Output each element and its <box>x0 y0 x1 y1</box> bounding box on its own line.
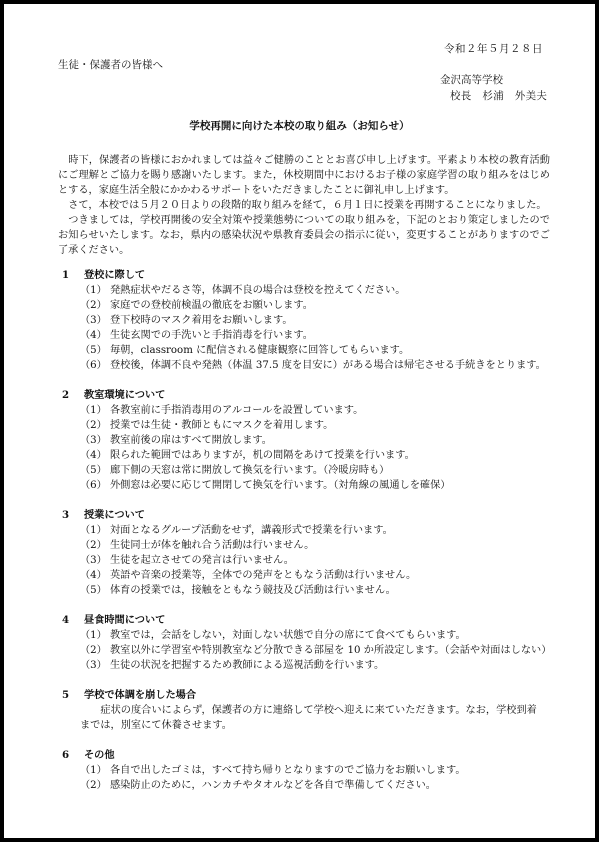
list-item: （3）生徒を起立させての発言は行いません。 <box>80 553 558 568</box>
section-1: 1 登校に際して （1）発熱症状やだるさ等，体調不良の場合は登校を控えてください… <box>58 268 558 373</box>
item-number: （3） <box>80 658 110 673</box>
item-text: 授業では生徒・教師ともにマスクを着用します。 <box>110 418 333 433</box>
greeting: 生徒・保護者の皆様へ <box>58 58 163 73</box>
sections: 1 登校に際して （1）発熱症状やだるさ等，体調不良の場合は登校を控えてください… <box>58 268 558 808</box>
item-number: （6） <box>80 478 110 493</box>
section-title: 昼食時間について <box>84 613 165 628</box>
section-title: 教室環境について <box>84 388 165 403</box>
list-item: （2）生徒同士が体を触れ合う活動は行いません。 <box>80 538 558 553</box>
section-text: 症状の度合いによらず，保護者の方に連絡して学校へ迎えに来ていただきます。なお，学… <box>58 703 558 718</box>
section-heading: 6 その他 <box>58 748 558 763</box>
item-number: （1） <box>80 763 110 778</box>
section-number: 3 <box>58 508 84 523</box>
item-text: 登校後，体調不良や発熱（体温 37.5 度を目安に）がある場合は帰宅させる手続き… <box>110 358 546 373</box>
item-text: 感染防止のために，ハンカチやタオルなどを各自で準備してください。 <box>110 778 436 793</box>
list-item: （5）体育の授業では，接触をともなう競技及び活動は行いません。 <box>80 583 558 598</box>
section-6: 6 その他 （1）各自で出したゴミは，すべて持ち帰りとなりますのでご協力をお願い… <box>58 748 558 793</box>
document-title: 学校再開に向けた本校の取り組み（お知らせ） <box>4 119 595 134</box>
section-5: 5 学校で体調を崩した場合 症状の度合いによらず，保護者の方に連絡して学校へ迎え… <box>58 688 558 733</box>
item-number: （1） <box>80 283 110 298</box>
list-item: （4）生徒玄関での手洗いと手指消毒を行います。 <box>80 328 558 343</box>
item-number: （4） <box>80 568 110 583</box>
item-text: 対面となるグループ活動をせず，講義形式で授業を行います。 <box>110 523 393 538</box>
item-number: （5） <box>80 463 110 478</box>
list-item: （3）生徒の状況を把握するため教師による巡視活動を行います。 <box>80 658 558 673</box>
list-item: （1）各自で出したゴミは，すべて持ち帰りとなりますのでご協力をお願いします。 <box>80 763 558 778</box>
section-title: 授業について <box>84 508 145 523</box>
list-item: （6）登校後，体調不良や発熱（体温 37.5 度を目安に）がある場合は帰宅させる… <box>80 358 558 373</box>
section-title: 登校に際して <box>84 268 145 283</box>
date: 令和２年５月２８日 <box>444 42 543 57</box>
item-text: 発熱症状やだるさ等，体調不良の場合は登校を控えてください。 <box>110 283 405 298</box>
item-number: （5） <box>80 583 110 598</box>
list-item: （2）授業では生徒・教師ともにマスクを着用します。 <box>80 418 558 433</box>
item-number: （4） <box>80 448 110 463</box>
principal-name: 校長 杉浦 外美夫 <box>450 89 547 104</box>
section-heading: 3 授業について <box>58 508 558 523</box>
item-text: 生徒同士が体を触れ合う活動は行いません。 <box>110 538 314 553</box>
item-text: 各教室前に手指消毒用のアルコールを設置しています。 <box>110 403 363 418</box>
item-text: 各自で出したゴミは，すべて持ち帰りとなりますのでご協力をお願いします。 <box>110 763 466 778</box>
item-text: 登下校時のマスク着用をお願いします。 <box>110 313 293 328</box>
list-item: （2）家庭での登校前検温の徹底をお願いします。 <box>80 298 558 313</box>
section-number: 4 <box>58 613 84 628</box>
item-number: （3） <box>80 553 110 568</box>
section-title: その他 <box>84 748 115 763</box>
item-text: 体育の授業では，接触をともなう競技及び活動は行いません。 <box>110 583 396 598</box>
item-text: 廊下側の天窓は常に開放して換気を行います。（冷暖房時も） <box>110 463 389 478</box>
section-number: 2 <box>58 388 84 403</box>
document-page: 令和２年５月２８日 生徒・保護者の皆様へ 金沢高等学校 校長 杉浦 外美夫 学校… <box>4 4 595 838</box>
item-text: 教室以外に学習室や特別教室など分散できる部屋を 10 か所設定します。（会話や対… <box>110 643 551 658</box>
item-text: 外側窓は必要に応じて開閉して換気を行います。（対角線の風通しを確保） <box>110 478 450 493</box>
list-item: （5）毎朝，classroom に配信される健康観察に回答してもらいます。 <box>80 343 558 358</box>
list-item: （2）感染防止のために，ハンカチやタオルなどを各自で準備してください。 <box>80 778 558 793</box>
item-number: （2） <box>80 418 110 433</box>
item-text: 家庭での登校前検温の徹底をお願いします。 <box>110 298 313 313</box>
list-item: （1）教室では，会話をしない，対面しない状態で自分の席にて食べてもらいます。 <box>80 628 558 643</box>
list-item: （5）廊下側の天窓は常に開放して換気を行います。（冷暖房時も） <box>80 463 558 478</box>
item-number: （1） <box>80 523 110 538</box>
list-item: （6）外側窓は必要に応じて開閉して換気を行います。（対角線の風通しを確保） <box>80 478 558 493</box>
section-text: までは，別室にて休養させます。 <box>58 718 558 733</box>
intro-body: 時下，保護者の皆様におかれましては益々ご健勝のこととお喜び申し上げます。平素より… <box>58 153 550 258</box>
list-item: （3）教室前後の扉はすべて開放します。 <box>80 433 558 448</box>
item-number: （3） <box>80 313 110 328</box>
section-number: 1 <box>58 268 84 283</box>
item-number: （1） <box>80 403 110 418</box>
section-2: 2 教室環境について （1）各教室前に手指消毒用のアルコールを設置しています。 … <box>58 388 558 493</box>
section-heading: 4 昼食時間について <box>58 613 558 628</box>
section-number: 5 <box>58 688 84 703</box>
item-text: 英語や音楽の授業等，全体での発声をともなう活動は行いません。 <box>110 568 416 583</box>
list-item: （1）発熱症状やだるさ等，体調不良の場合は登校を控えてください。 <box>80 283 558 298</box>
item-text: 教室では，会話をしない，対面しない状態で自分の席にて食べてもらいます。 <box>110 628 466 643</box>
item-text: 生徒玄関での手洗いと手指消毒を行います。 <box>110 328 313 343</box>
list-item: （1）各教室前に手指消毒用のアルコールを設置しています。 <box>80 403 558 418</box>
item-number: （5） <box>80 343 110 358</box>
item-number: （1） <box>80 628 110 643</box>
item-number: （2） <box>80 298 110 313</box>
item-text: 限られた範囲ではありますが，机の間隔をあけて授業を行います。 <box>110 448 415 463</box>
section-number: 6 <box>58 748 84 763</box>
item-text: 毎朝，classroom に配信される健康観察に回答してもらいます。 <box>110 343 409 358</box>
intro-paragraph: つきましては，学校再開後の安全対策や授業態勢についての取り組みを，下記のとおり策… <box>58 213 550 258</box>
item-number: （6） <box>80 358 110 373</box>
intro-paragraph: さて，本校では５月２０日よりの段階的取り組みを経て，６月１日に授業を再開すること… <box>58 198 550 213</box>
item-number: （2） <box>80 538 110 553</box>
item-text: 生徒の状況を把握するため教師による巡視活動を行います。 <box>110 658 384 673</box>
item-number: （4） <box>80 328 110 343</box>
item-text: 生徒を起立させての発言は行いません。 <box>110 553 294 568</box>
list-item: （3）登下校時のマスク着用をお願いします。 <box>80 313 558 328</box>
section-heading: 5 学校で体調を崩した場合 <box>58 688 558 703</box>
section-4: 4 昼食時間について （1）教室では，会話をしない，対面しない状態で自分の席にて… <box>58 613 558 673</box>
item-number: （2） <box>80 643 110 658</box>
school-name: 金沢高等学校 <box>440 73 503 88</box>
list-item: （2）教室以外に学習室や特別教室など分散できる部屋を 10 か所設定します。（会… <box>80 643 558 658</box>
item-text: 教室前後の扉はすべて開放します。 <box>110 433 272 448</box>
item-number: （3） <box>80 433 110 448</box>
section-3: 3 授業について （1）対面となるグループ活動をせず，講義形式で授業を行います。… <box>58 508 558 598</box>
item-number: （2） <box>80 778 110 793</box>
section-heading: 1 登校に際して <box>58 268 558 283</box>
section-heading: 2 教室環境について <box>58 388 558 403</box>
list-item: （4）限られた範囲ではありますが，机の間隔をあけて授業を行います。 <box>80 448 558 463</box>
list-item: （1）対面となるグループ活動をせず，講義形式で授業を行います。 <box>80 523 558 538</box>
list-item: （4）英語や音楽の授業等，全体での発声をともなう活動は行いません。 <box>80 568 558 583</box>
intro-paragraph: 時下，保護者の皆様におかれましては益々ご健勝のこととお喜び申し上げます。平素より… <box>58 153 550 198</box>
section-title: 学校で体調を崩した場合 <box>84 688 196 703</box>
